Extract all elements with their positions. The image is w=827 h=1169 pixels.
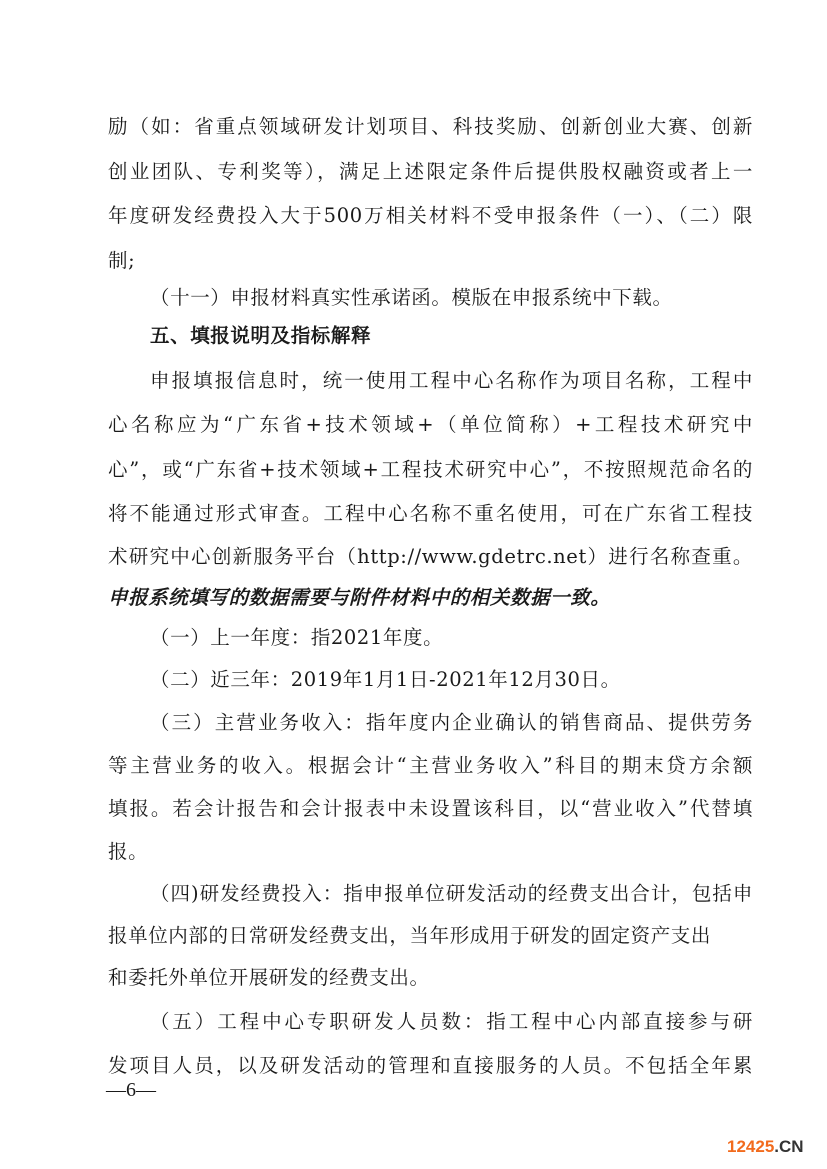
text-line: （五）工程中心专职研发人员数：指工程中心内部直接参与研 [150,1010,753,1034]
document-page: 励（如：省重点领域研发计划项目、科技奖励、创新创业大赛、创新创业团队、专利奖等）… [0,0,827,1169]
watermark-number: 12425 [727,1137,774,1156]
text-line: 将不能通过形式审查。工程中心名称不重名使用，可在广东省工程技 [108,502,753,526]
text-line: 和委托外单位开展研发的经费支出。 [108,966,753,990]
text-line: 励（如：省重点领域研发计划项目、科技奖励、创新创业大赛、创新 [108,115,753,139]
text-line: （十一）申报材料真实性承诺函。模版在申报系统中下载。 [150,286,753,310]
site-watermark: 12425.CN [727,1137,804,1157]
text-line: （一）上一年度：指2021年度。 [150,626,753,650]
text-line: （二）近三年：2019年1月1日-2021年12月30日。 [150,668,753,692]
text-line: 心”，或“广东省+技术领域+工程技术研究中心”，不按照规范命名的 [108,458,753,482]
text-line: 创业团队、专利奖等），满足上述限定条件后提供股权融资或者上一 [108,160,753,184]
watermark-suffix: .CN [774,1137,803,1156]
text-line: 术研究中心创新服务平台（http://www.gdetrc.net）进行名称查重… [108,545,753,569]
text-line: 填报。若会计报告和会计报表中未设置该科目，以“营业收入”代替填 [108,797,753,821]
text-line: （三）主营业务收入：指年度内企业确认的销售商品、提供劳务 [150,711,753,735]
text-line: 报。 [108,840,753,864]
text-line: 申报填报信息时，统一使用工程中心名称作为项目名称，工程中 [150,369,753,393]
emphasis-line: 申报系统填写的数据需要与附件材料中的相关数据一致。 [108,586,753,610]
section-heading: 五、填报说明及指标解释 [150,324,795,348]
text-line: 等主营业务的收入。根据会计“主营业务收入”科目的期末贷方余额 [108,754,753,778]
page-number: —6— [106,1079,156,1102]
text-line: 报单位内部的日常研发经费支出，当年形成用于研发的固定资产支出 [108,924,753,948]
text-line: 发项目人员，以及研发活动的管理和直接服务的人员。不包括全年累 [108,1054,753,1078]
text-line: 心名称应为“广东省+技术领域+（单位简称）+工程技术研究中 [108,413,753,437]
text-line: 年度研发经费投入大于500万相关材料不受申报条件（一）、（二）限 [108,204,753,228]
text-line: 制; [108,249,753,273]
text-line: （四)研发经费投入：指申报单位研发活动的经费支出合计，包括申 [150,882,753,906]
